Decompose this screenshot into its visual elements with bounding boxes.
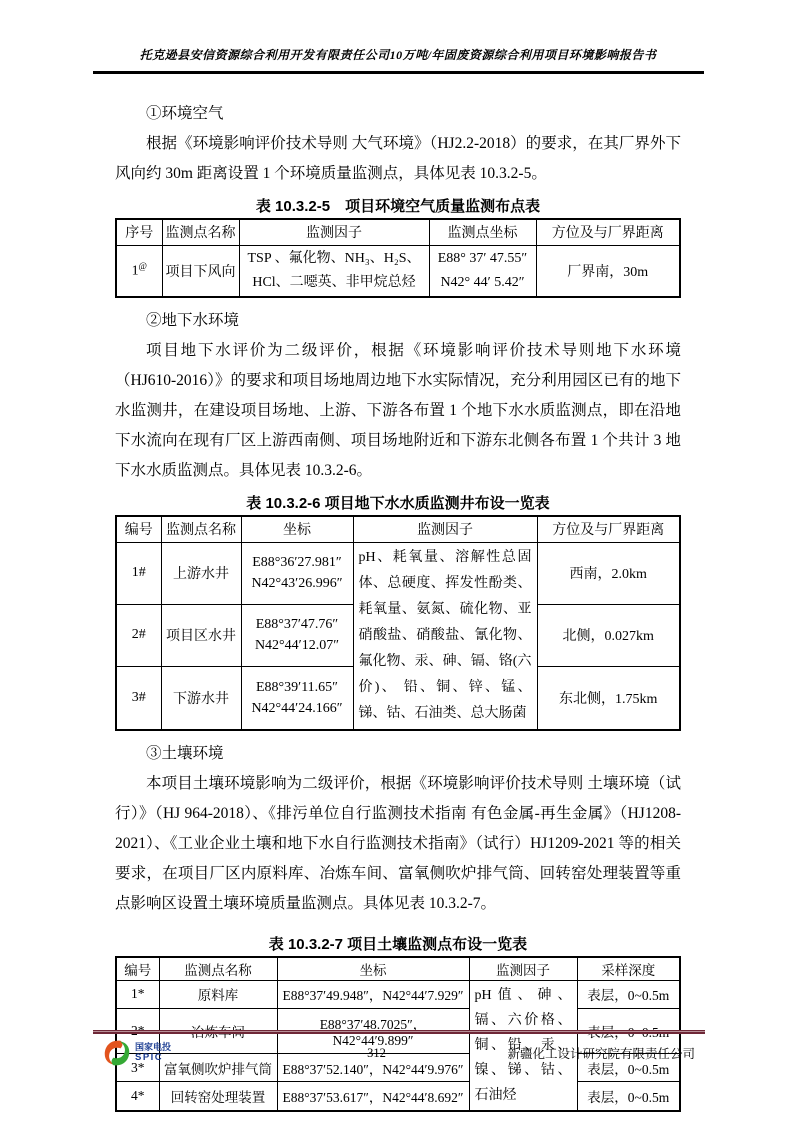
table-header-row: 序号 监测点名称 监测因子 监测点坐标 方位及与厂界距离 xyxy=(116,219,680,245)
table-cell-depth: 表层，0~0.5m xyxy=(577,980,680,1009)
paragraph-groundwater: 项目地下水评价为二级评价，根据《环境影响评价技术导则地下水环境（HJ610-20… xyxy=(115,336,681,486)
row-number: 1 xyxy=(132,264,139,279)
table-air-title: 表 10.3.2-5 项目环境空气质量监测布点表 xyxy=(115,195,681,216)
table-cell-depth: 表层，0~0.5m xyxy=(577,1082,680,1111)
section-heading-groundwater: ②地下水环境 xyxy=(115,306,681,336)
spic-logo-icon xyxy=(103,1039,131,1067)
col-header: 监测点名称 xyxy=(159,957,277,981)
footer-company: 新疆化工设计研究院有限责任公司 xyxy=(460,1044,695,1062)
table-cell-coordinates: E88°37′49.948″，N42°44′7.929″ xyxy=(277,980,469,1009)
coordinate-line: E88° 37′ 47.55″ xyxy=(433,247,533,271)
table-cell-coordinates: E88°39′11.65″ N42°44′24.166″ xyxy=(241,667,353,730)
col-header: 监测点坐标 xyxy=(429,219,536,245)
page-number: 312 xyxy=(293,1046,460,1061)
table-cell-name: 回转窑处理装置 xyxy=(159,1082,277,1111)
table-cell-factors: TSP 、氟化物、NH₃、H₂S、 HCl、二噁英、非甲烷总烃 xyxy=(239,245,429,297)
section-heading-air: ①环境空气 xyxy=(115,99,681,129)
factors-line: HCl、二噁英、非甲烷总烃 xyxy=(243,271,426,295)
table-cell-name: 下游水井 xyxy=(161,667,241,730)
section-heading-soil: ③土壤环境 xyxy=(115,739,681,769)
paragraph-air: 根据《环境影响评价技术导则 大气环境》（HJ2.2-2018）的要求，在其厂界外… xyxy=(115,129,681,189)
header-rule xyxy=(93,71,704,74)
coordinate-line: E88°39′11.65″ xyxy=(245,677,350,698)
table-groundwater-monitoring: 编号 监测点名称 坐标 监测因子 方位及与厂界距离 1# 上游水井 E88°36… xyxy=(115,515,681,731)
table-cell-direction: 西南，2.0km xyxy=(537,542,680,604)
table-header-row: 编号 监测点名称 坐标 监测因子 方位及与厂界距离 xyxy=(116,516,680,542)
table-groundwater-title: 表 10.3.2-6 项目地下水水质监测井布设一览表 xyxy=(115,492,681,513)
table-row: 1* 原料库 E88°37′49.948″，N42°44′7.929″ pH值、… xyxy=(116,980,680,1009)
table-cell-no: 2# xyxy=(116,604,161,666)
table-cell-coordinates: E88° 37′ 47.55″ N42° 44′ 5.42″ xyxy=(429,245,536,297)
logo-text-en: SPIC xyxy=(135,1053,171,1063)
header-title: 托克逊县安信资源综合利用开发有限责任公司10万吨/年固废资源综合利用项目环境影响… xyxy=(115,0,681,63)
table-cell-name: 项目区水井 xyxy=(161,604,241,666)
document-page: 托克逊县安信资源综合利用开发有限责任公司10万吨/年固废资源综合利用项目环境影响… xyxy=(0,0,793,1122)
table-soil-title: 表 10.3.2-7 项目土壤监测点布设一览表 xyxy=(115,933,681,954)
table-cell-coordinates: E88°37′47.76″ N42°44′12.07″ xyxy=(241,604,353,666)
table-cell-name: 原料库 xyxy=(159,980,277,1009)
table-row: 1@ 项目下风向 TSP 、氟化物、NH₃、H₂S、 HCl、二噁英、非甲烷总烃… xyxy=(116,245,680,297)
table-cell-direction: 厂界南，30m xyxy=(536,245,680,297)
footer-logo: 国家电投 SPIC xyxy=(103,1039,293,1067)
table-row: 1# 上游水井 E88°36′27.981″ N42°43′26.996″ pH… xyxy=(116,542,680,604)
row-number-sup: @ xyxy=(139,261,147,271)
col-header: 监测因子 xyxy=(469,957,577,981)
table-cell-no: 1# xyxy=(116,542,161,604)
table-cell-direction: 北侧，0.027km xyxy=(537,604,680,666)
coordinate-line: N42° 44′ 5.42″ xyxy=(433,271,533,295)
coordinate-line: E88°36′27.981″ xyxy=(245,552,350,573)
col-header: 坐标 xyxy=(241,516,353,542)
col-header: 监测点名称 xyxy=(161,516,241,542)
col-header: 编号 xyxy=(116,957,159,981)
col-header: 监测因子 xyxy=(353,516,537,542)
col-header: 编号 xyxy=(116,516,161,542)
table-air-monitoring: 序号 监测点名称 监测因子 监测点坐标 方位及与厂界距离 1@ 项目下风向 TS… xyxy=(115,218,681,298)
col-header: 坐标 xyxy=(277,957,469,981)
table-row: 4* 回转窑处理装置 E88°37′53.617″，N42°44′8.692″ … xyxy=(116,1082,680,1111)
table-header-row: 编号 监测点名称 坐标 监测因子 采样深度 xyxy=(116,957,680,981)
col-header: 方位及与厂界距离 xyxy=(536,219,680,245)
table-cell-coordinates: E88°36′27.981″ N42°43′26.996″ xyxy=(241,542,353,604)
coordinate-line: N42°44′24.166″ xyxy=(245,698,350,719)
table-cell-no: 3# xyxy=(116,667,161,730)
paragraph-soil: 本项目土壤环境影响为二级评价，根据《环境影响评价技术导则 土壤环境（试行）》（H… xyxy=(115,769,681,919)
table-cell-factors-merged: pH、耗氧量、溶解性总固体、总硬度、挥发性酚类、耗氧量、氨氮、硫化物、亚硝酸盐、… xyxy=(353,542,537,730)
col-header: 采样深度 xyxy=(577,957,680,981)
col-header: 监测因子 xyxy=(239,219,429,245)
coordinate-line: N42°44′12.07″ xyxy=(245,635,350,656)
factors-line: TSP 、氟化物、NH₃、H₂S、 xyxy=(243,247,426,271)
table-cell-no: 1* xyxy=(116,980,159,1009)
table-cell-name: 上游水井 xyxy=(161,542,241,604)
table-cell-coordinates: E88°37′53.617″，N42°44′8.692″ xyxy=(277,1082,469,1111)
coordinate-line: E88°37′47.76″ xyxy=(245,614,350,635)
table-cell-name: 项目下风向 xyxy=(162,245,239,297)
table-cell-no: 1@ xyxy=(116,245,162,297)
page-footer: 国家电投 SPIC 312 新疆化工设计研究院有限责任公司 xyxy=(93,1030,705,1067)
col-header: 监测点名称 xyxy=(162,219,239,245)
table-cell-direction: 东北侧，1.75km xyxy=(537,667,680,730)
col-header: 序号 xyxy=(116,219,162,245)
footer-rule xyxy=(93,1030,705,1034)
coordinate-line: N42°43′26.996″ xyxy=(245,573,350,594)
table-cell-no: 4* xyxy=(116,1082,159,1111)
col-header: 方位及与厂界距离 xyxy=(537,516,680,542)
